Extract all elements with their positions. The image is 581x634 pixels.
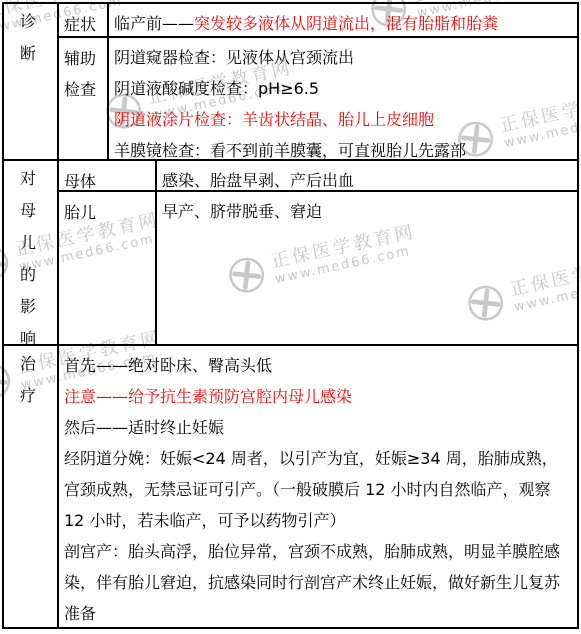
treatment-line-then: 然后——适时终止妊娠 xyxy=(64,412,569,443)
row-header-treatment: 治疗 xyxy=(4,346,59,627)
row-header-impact-label: 对母儿的影响 xyxy=(20,163,38,355)
auxiliary-line-smear-highlight: 阴道液涂片检查：羊齿状结晶、胎儿上皮细胞 xyxy=(114,104,569,135)
auxiliary-row: 辅助检查 阴道窥器检查：见液体从宫颈流出 阴道液酸碱度检查：pH≥6.5 阴道液… xyxy=(59,38,577,159)
maternal-row: 母体 感染、胎盘早剥、产后出血 xyxy=(59,161,577,192)
auxiliary-line-ph: 阴道液酸碱度检查：pH≥6.5 xyxy=(114,73,569,104)
maternal-content-cell: 感染、胎盘早剥、产后出血 xyxy=(157,161,577,190)
maternal-label: 母体 xyxy=(64,172,96,191)
treatment-para-vaginal-delivery: 经阴道分娩：妊娠<24 周者，以引产为宜，妊娠≥34 周，胎肺成熟，宫颈成熟，无… xyxy=(64,443,569,536)
medical-summary-table: 诊断 症状 临产前——突发较多液体从阴道流出，混有胎脂和胎粪 辅助检查 xyxy=(2,2,579,629)
fetal-content-cell: 早产、脐带脱垂、窘迫 xyxy=(157,192,577,344)
symptom-highlight: 突发较多液体从阴道流出，混有胎脂和胎粪 xyxy=(194,14,498,33)
fetal-content: 早产、脐带脱垂、窘迫 xyxy=(162,202,322,221)
treatment-line-first: 首先——绝对卧床、臀高头低 xyxy=(64,350,569,381)
treatment-line-antibiotics-highlight: 注意——给予抗生素预防宫腔内母儿感染 xyxy=(64,381,569,412)
fetal-label-cell: 胎儿 xyxy=(59,192,157,344)
row-header-diagnosis: 诊断 xyxy=(4,4,59,159)
impact-rows: 母体 感染、胎盘早剥、产后出血 胎儿 早产、脐带脱垂、窘迫 xyxy=(59,161,577,344)
fetal-label: 胎儿 xyxy=(64,203,96,222)
fetal-row: 胎儿 早产、脐带脱垂、窘迫 xyxy=(59,192,577,344)
section-treatment: 治疗 首先——绝对卧床、臀高头低 注意——给予抗生素预防宫腔内母儿感染 然后——… xyxy=(4,346,577,627)
treatment-content-cell: 首先——绝对卧床、臀高头低 注意——给予抗生素预防宫腔内母儿感染 然后——适时终… xyxy=(59,346,577,627)
symptom-content-cell: 临产前——突发较多液体从阴道流出，混有胎脂和胎粪 xyxy=(109,4,577,36)
maternal-content: 感染、胎盘早剥、产后出血 xyxy=(162,171,354,190)
section-impact: 对母儿的影响 母体 感染、胎盘早剥、产后出血 胎儿 早产、脐带脱垂、 xyxy=(4,161,577,346)
treatment-para-cesarean: 剖宫产：胎头高浮，胎位异常，宫颈不成熟，胎肺成熟，明显羊膜腔感染，伴有胎儿窘迫，… xyxy=(64,536,569,629)
symptom-row: 症状 临产前——突发较多液体从阴道流出，混有胎脂和胎粪 xyxy=(59,4,577,38)
symptom-label-cell: 症状 xyxy=(59,4,109,36)
diagnosis-rows: 症状 临产前——突发较多液体从阴道流出，混有胎脂和胎粪 辅助检查 阴道窥器检查：… xyxy=(59,4,577,159)
maternal-label-cell: 母体 xyxy=(59,161,157,190)
auxiliary-label: 辅助检查 xyxy=(64,43,98,105)
auxiliary-line-speculum: 阴道窥器检查：见液体从宫颈流出 xyxy=(114,42,569,73)
symptom-prefix: 临产前—— xyxy=(114,14,194,33)
row-header-diagnosis-label: 诊断 xyxy=(20,6,38,70)
row-header-treatment-label: 治疗 xyxy=(20,348,38,412)
auxiliary-content-cell: 阴道窥器检查：见液体从宫颈流出 阴道液酸碱度检查：pH≥6.5 阴道液涂片检查：… xyxy=(109,38,577,159)
document-page: 正保医学教育网 www.med66.com 正保医学教育网 www.med66.… xyxy=(0,0,581,634)
auxiliary-label-cell: 辅助检查 xyxy=(59,38,109,159)
section-diagnosis: 诊断 症状 临产前——突发较多液体从阴道流出，混有胎脂和胎粪 辅助检查 xyxy=(4,4,577,161)
row-header-impact: 对母儿的影响 xyxy=(4,161,59,344)
symptom-label: 症状 xyxy=(64,15,96,34)
